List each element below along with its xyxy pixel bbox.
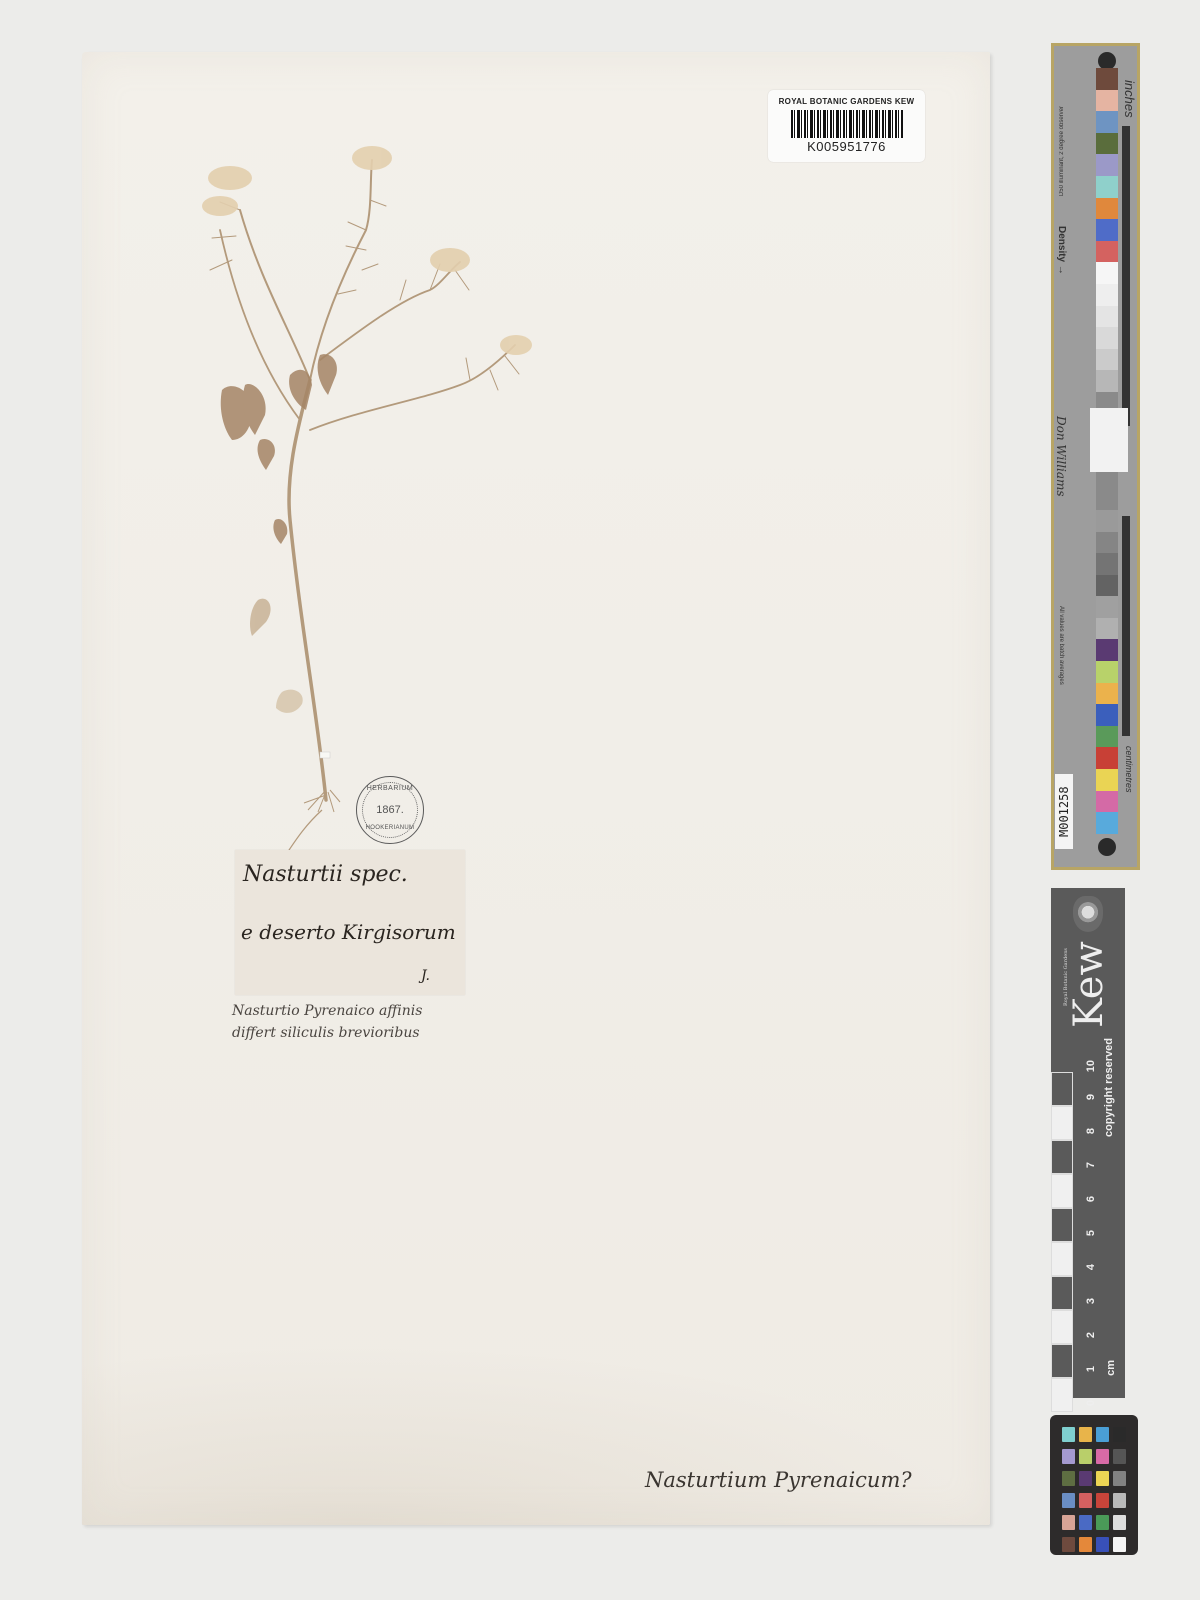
- cm-block: [1051, 1242, 1073, 1276]
- colour-swatch: [1096, 370, 1118, 392]
- checker-patch: [1062, 1427, 1075, 1442]
- checker-patch: [1113, 1449, 1126, 1464]
- colour-swatch: [1096, 111, 1118, 133]
- kew-scale-bar: Kew Royal Botanic Gardens copyright rese…: [1051, 888, 1125, 1398]
- checker-patch: [1079, 1471, 1092, 1486]
- checker-patch: [1096, 1515, 1109, 1530]
- checker-patch: [1079, 1537, 1092, 1552]
- colour-swatch: [1096, 747, 1118, 769]
- annotation-note: Nasturtio Pyrenaico affinis differt sili…: [232, 1000, 492, 1044]
- checker-patch: [1113, 1427, 1126, 1442]
- mount-hole-icon: [1098, 838, 1116, 856]
- annotation-line-1: Nasturtio Pyrenaico affinis: [232, 1000, 492, 1022]
- label-initial: J.: [421, 968, 430, 984]
- colour-swatch: [1096, 661, 1118, 683]
- reference-code: M001258: [1055, 774, 1073, 849]
- checker-patch: [1096, 1427, 1109, 1442]
- cm-block: [1051, 1208, 1073, 1242]
- cm-block: [1051, 1072, 1073, 1106]
- colour-checker-card: [1050, 1415, 1138, 1555]
- cm-tick-label: 7: [1085, 1162, 1097, 1168]
- colour-swatch: [1096, 154, 1118, 176]
- determination-label: Nasturtii spec. e deserto Kirgisorum J.: [235, 850, 465, 995]
- checker-patch: [1079, 1427, 1092, 1442]
- colour-swatch: [1096, 90, 1118, 112]
- density-label: Density →: [1056, 226, 1067, 275]
- illuminant-note: D50 illuminant, 2 degree observer: [1059, 106, 1065, 196]
- colour-swatch: [1096, 510, 1118, 532]
- colour-swatch: [1096, 133, 1118, 155]
- cm-block: [1051, 1174, 1073, 1208]
- colour-swatch: [1096, 241, 1118, 263]
- final-determination: Nasturtium Pyrenaicum?: [645, 1468, 912, 1492]
- institution-name: ROYAL BOTANIC GARDENS KEW: [768, 97, 925, 106]
- colour-swatch: [1096, 726, 1118, 748]
- colour-swatch: [1096, 262, 1118, 284]
- colour-checker-grid: [1062, 1427, 1126, 1552]
- stamp-top-text: HERBARIUM: [357, 785, 423, 792]
- colour-swatch: [1096, 791, 1118, 813]
- cm-tick-label: 2: [1085, 1332, 1097, 1338]
- inch-ruler: [1122, 126, 1130, 426]
- cm-tick-label: 4: [1085, 1264, 1097, 1270]
- checker-patch: [1113, 1493, 1126, 1508]
- herbarium-stamp: HERBARIUM 1867. HOOKERIANUM: [356, 776, 424, 844]
- cm-tick-label: 10: [1085, 1060, 1097, 1072]
- footer-note: All values are batch averages: [1058, 606, 1064, 685]
- colour-swatch: [1096, 683, 1118, 705]
- resolution-target: [1096, 392, 1118, 510]
- checker-patch: [1113, 1537, 1126, 1552]
- colour-swatch: [1096, 639, 1118, 661]
- centimetres-label: centimetres: [1124, 746, 1134, 793]
- cm-block: [1051, 1140, 1073, 1174]
- colour-swatch: [1096, 306, 1118, 328]
- colour-swatch: [1096, 618, 1118, 640]
- cm-tick-label: 6: [1085, 1196, 1097, 1202]
- colour-swatch: [1096, 769, 1118, 791]
- cm-block: [1051, 1276, 1073, 1310]
- label-line-1: Nasturtii spec.: [243, 862, 408, 887]
- cm-scale: 012345678910: [1051, 1038, 1091, 1386]
- stamp-bottom-text: HOOKERIANUM: [357, 825, 423, 831]
- kew-logo: Kew: [1067, 940, 1111, 1030]
- barcode-number: K005951776: [768, 139, 925, 154]
- plant-specimen: [0, 0, 1200, 1600]
- units-label: inches: [1122, 80, 1137, 118]
- colour-swatch: [1096, 284, 1118, 306]
- colour-swatch: [1096, 532, 1118, 554]
- checker-patch: [1096, 1537, 1109, 1552]
- checker-patch: [1062, 1493, 1075, 1508]
- unit-label: cm: [1105, 1360, 1117, 1376]
- kew-subtitle: Royal Botanic Gardens: [1063, 948, 1069, 1006]
- cm-block: [1051, 1106, 1073, 1140]
- colour-swatch: [1096, 704, 1118, 726]
- checker-patch: [1062, 1449, 1075, 1464]
- cm-block: [1051, 1310, 1073, 1344]
- colour-swatch: [1096, 327, 1118, 349]
- checker-patch: [1062, 1537, 1075, 1552]
- checker-patch: [1079, 1515, 1092, 1530]
- colour-swatch: [1096, 349, 1118, 371]
- colour-swatch: [1096, 176, 1118, 198]
- brand-label: Don Williams: [1054, 416, 1068, 497]
- cm-tick-label: 9: [1085, 1094, 1097, 1100]
- cm-tick-label: 8: [1085, 1128, 1097, 1134]
- checker-patch: [1079, 1449, 1092, 1464]
- colour-swatch: [1096, 68, 1118, 90]
- checker-patch: [1113, 1471, 1126, 1486]
- colour-swatch: [1096, 198, 1118, 220]
- colour-swatch: [1096, 219, 1118, 241]
- annotation-line-2: differt siliculis brevioribus: [232, 1022, 492, 1044]
- colour-calibration-bar: inches D50 illuminant, 2 degree observer…: [1051, 43, 1140, 870]
- barcode-label: ROYAL BOTANIC GARDENS KEW K005951776: [768, 90, 925, 162]
- checker-patch: [1062, 1471, 1075, 1486]
- stamp-year: 1867.: [357, 804, 423, 816]
- checker-patch: [1096, 1493, 1109, 1508]
- cm-tick-label: 1: [1085, 1366, 1097, 1372]
- checker-patch: [1096, 1449, 1109, 1464]
- colour-swatch: [1096, 575, 1118, 597]
- colour-swatch: [1096, 812, 1118, 834]
- label-line-2: e deserto Kirgisorum: [241, 920, 456, 944]
- cm-tick-label: 3: [1085, 1298, 1097, 1304]
- barcode-bars: [791, 110, 903, 138]
- cm-tick-label: 5: [1085, 1230, 1097, 1236]
- checker-patch: [1062, 1515, 1075, 1530]
- checker-patch: [1113, 1515, 1126, 1530]
- cm-tick-label: 0: [1085, 1400, 1097, 1406]
- colour-swatch: [1096, 553, 1118, 575]
- cm-block: [1051, 1378, 1073, 1412]
- colour-swatch: [1096, 596, 1118, 618]
- cm-block: [1051, 1344, 1073, 1378]
- copyright-text: copyright reserved: [1103, 1038, 1115, 1137]
- cm-ruler: [1122, 516, 1130, 736]
- colour-swatches: [1096, 68, 1118, 834]
- kew-crest-icon: [1073, 896, 1103, 932]
- checker-patch: [1079, 1493, 1092, 1508]
- checker-patch: [1096, 1471, 1109, 1486]
